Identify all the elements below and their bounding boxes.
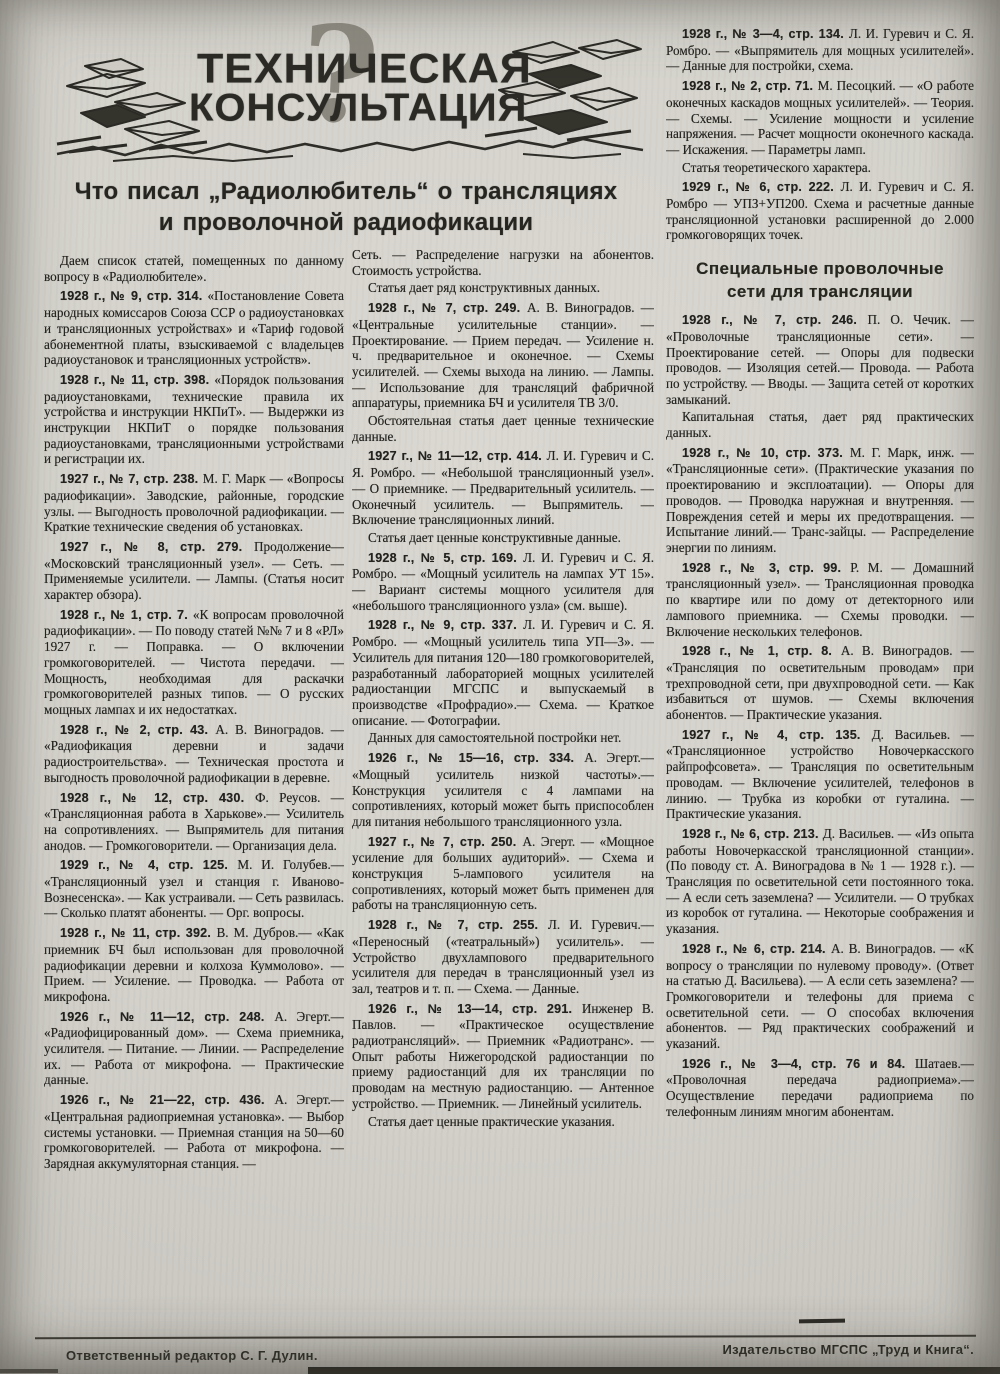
article-entry: 1927 г., № 8, стр. 279. Продолжение— «Мо… <box>44 539 344 603</box>
entry-citation: 1929 г., № 4, стр. 125. <box>60 858 237 872</box>
entry-citation: 1928 г., № 11, стр. 398. <box>60 373 214 387</box>
article-entry: 1928 г., № 7, стр. 255. Л. И. Гуревич.— … <box>352 917 654 997</box>
article-entry: Даем список статей, помещенных по данном… <box>44 253 344 284</box>
masthead: ? ТЕХНИЧЕСКАЯ КОНСУЛЬТАЦИЯ <box>55 30 647 182</box>
article-entry: Статья дает ценные практические указания… <box>352 1114 654 1130</box>
column-1: Даем список статей, помещенных по данном… <box>44 253 344 1337</box>
article-entry: 1928 г., № 11, стр. 398. «Порядок пользо… <box>44 372 344 467</box>
article-entry: 1928 г., № 2, стр. 71. М. Песоцкий. — «О… <box>666 78 974 158</box>
article-entry: 1929 г., № 4, стр. 125. М. И. Голубев.— … <box>44 857 344 921</box>
entry-citation: 1928 г., № 3, стр. 99. <box>682 561 850 575</box>
masthead-line1: ТЕХНИЧЕСКАЯ <box>197 49 532 91</box>
scan-bottom-mark <box>0 1369 58 1373</box>
entry-citation: 1928 г., № 12, стр. 430. <box>60 791 255 805</box>
entry-citation: 1926 г., № 11—12, стр. 248. <box>60 1010 274 1024</box>
article-entry: 1928 г., № 6, стр. 213. Д. Васильев. — «… <box>666 826 974 937</box>
page-title-line1: Что писал „Радиолюбитель“ о трансляциях <box>22 176 670 207</box>
entry-citation: 1927 г., № 11—12, стр. 414. <box>368 449 547 463</box>
entry-citation: 1928 г., № 1, стр. 7. <box>60 608 193 622</box>
article-entry: Статья дает ценные конструктивные данные… <box>352 530 654 546</box>
page-title-line2: и проволочной радиофикации <box>22 207 670 238</box>
masthead-title: ТЕХНИЧЕСКАЯ КОНСУЛЬТАЦИЯ <box>197 48 532 128</box>
section-heading: Специальные проволочныесети для трансляц… <box>666 257 974 303</box>
article-entry: 1928 г., № 5, стр. 169. Л. И. Гуревич и … <box>352 550 654 614</box>
article-entry: 1926 г., № 3—4, стр. 76 и 84. Шатаев.— «… <box>666 1056 974 1120</box>
entry-citation: 1928 г., № 9, стр. 314. <box>60 289 207 303</box>
entry-citation: 1927 г., № 4, стр. 135. <box>682 728 872 742</box>
entry-citation: 1928 г., № 7, стр. 246. <box>682 313 868 327</box>
article-entry: Статья теоретического характера. <box>666 160 974 176</box>
column-3-bottom: 1928 г., № 7, стр. 246. П. О. Чечик. — «… <box>666 312 974 1119</box>
entry-citation: 1926 г., № 15—16, стр. 334. <box>368 751 584 765</box>
column-2: Сеть. — Распределение нагрузки на абонен… <box>352 247 654 1337</box>
article-entry: 1928 г., № 12, стр. 430. Ф. Реусов. — «Т… <box>44 790 344 854</box>
entry-citation: 1928 г., № 6, стр. 214. <box>682 942 831 956</box>
entry-citation: 1928 г., № 6, стр. 213. <box>682 827 823 841</box>
column-3: 1928 г., № 3—4, стр. 134. Л. И. Гуревич … <box>666 22 974 1314</box>
article-entry: 1926 г., № 21—22, стр. 436. А. Эгерт.— «… <box>44 1092 344 1172</box>
column-3-top: 1928 г., № 3—4, стр. 134. Л. И. Гуревич … <box>666 26 974 243</box>
scan-bottom-edge <box>308 1367 1000 1374</box>
entry-citation: 1928 г., № 11, стр. 392. <box>60 926 216 940</box>
footer-publisher: Издательство МГСПС „Труд и Книга“. <box>722 1342 974 1357</box>
article-entry: 1928 г., № 3—4, стр. 134. Л. И. Гуревич … <box>666 26 974 74</box>
article-entry: Сеть. — Распределение нагрузки на абонен… <box>352 247 654 278</box>
entry-citation: 1928 г., № 5, стр. 169. <box>368 551 523 565</box>
entry-citation: 1928 г., № 3—4, стр. 134. <box>682 27 849 41</box>
entry-citation: 1927 г., № 7, стр. 250. <box>368 835 522 849</box>
entry-citation: 1928 г., № 2, стр. 43. <box>60 723 215 737</box>
entry-citation: 1928 г., № 2, стр. 71. <box>682 79 818 93</box>
article-entry: 1928 г., № 1, стр. 7. «К вопросам провол… <box>44 607 344 718</box>
entry-citation: 1928 г., № 7, стр. 249. <box>368 301 527 315</box>
article-entry: 1927 г., № 7, стр. 250. А. Эгерт. — «Мощ… <box>352 834 654 914</box>
page-title: Что писал „Радиолюбитель“ о трансляциях … <box>22 176 670 238</box>
article-entry: 1928 г., № 10, стр. 373. М. Г. Марк, инж… <box>666 445 974 556</box>
article-entry: 1928 г., № 6, стр. 214. А. В. Виноградов… <box>666 941 974 1052</box>
entry-citation: 1927 г., № 7, стр. 238. <box>60 472 203 486</box>
article-entry: 1928 г., № 3, стр. 99. Р. М. — Домашний … <box>666 560 974 640</box>
article-entry: 1928 г., № 11, стр. 392. В. М. Дубров.— … <box>44 925 344 1005</box>
article-entry: 1928 г., № 2, стр. 43. А. В. Виноградов.… <box>44 722 344 786</box>
entry-citation: 1926 г., № 3—4, стр. 76 и 84. <box>682 1057 915 1071</box>
article-entry: 1926 г., № 13—14, стр. 291. Инженер В. П… <box>352 1001 654 1112</box>
article-entry: 1926 г., № 11—12, стр. 248. А. Эгерт.— «… <box>44 1009 344 1089</box>
article-entry: Данных для самостоятельной постройки нет… <box>352 730 654 746</box>
entry-citation: 1927 г., № 8, стр. 279. <box>60 540 254 554</box>
article-entry: 1929 г., № 6, стр. 222. Л. И. Гуревич и … <box>666 179 974 243</box>
entry-citation: 1926 г., № 13—14, стр. 291. <box>368 1002 582 1016</box>
article-entry: 1928 г., № 1, стр. 8. А. В. Виноградов. … <box>666 643 974 723</box>
article-entry: Статья дает ряд конструктивных данных. <box>352 280 654 296</box>
entry-citation: 1928 г., № 10, стр. 373. <box>682 446 850 460</box>
article-entry: 1928 г., № 7, стр. 246. П. О. Чечик. — «… <box>666 312 974 407</box>
entry-citation: 1929 г., № 6, стр. 222. <box>682 180 841 194</box>
footer-editor: Ответственный редактор С. Г. Дулин. <box>66 1348 318 1363</box>
masthead-line2: КОНСУЛЬТАЦИЯ <box>189 89 532 128</box>
article-entry: 1927 г., № 4, стр. 135. Д. Васильев. — «… <box>666 727 974 822</box>
entry-citation: 1928 г., № 9, стр. 337. <box>368 618 523 632</box>
entry-citation: 1928 г., № 7, стр. 255. <box>368 918 548 932</box>
article-entry: Капитальная статья, дает ряд практически… <box>666 409 974 440</box>
article-entry: 1928 г., № 7, стр. 249. А. В. Виноградов… <box>352 300 654 411</box>
article-entry: Обстоятельная статья дает ценные техниче… <box>352 413 654 444</box>
entry-citation: 1926 г., № 21—22, стр. 436. <box>60 1093 274 1107</box>
article-entry: 1928 г., № 9, стр. 337. Л. И. Гуревич и … <box>352 617 654 728</box>
article-entry: 1928 г., № 9, стр. 314. «Постановление С… <box>44 288 344 368</box>
article-entry: 1927 г., № 11—12, стр. 414. Л. И. Гуреви… <box>352 448 654 528</box>
article-entry: 1927 г., № 7, стр. 238. М. Г. Марк — «Во… <box>44 471 344 535</box>
end-of-article-divider <box>799 1319 845 1324</box>
scanned-magazine-page: ? ТЕХНИЧЕСКАЯ КОНСУЛЬТАЦИЯ <box>0 0 1000 1374</box>
entry-citation: 1928 г., № 1, стр. 8. <box>682 644 841 658</box>
article-entry: 1926 г., № 15—16, стр. 334. А. Эгерт.— «… <box>352 750 654 830</box>
